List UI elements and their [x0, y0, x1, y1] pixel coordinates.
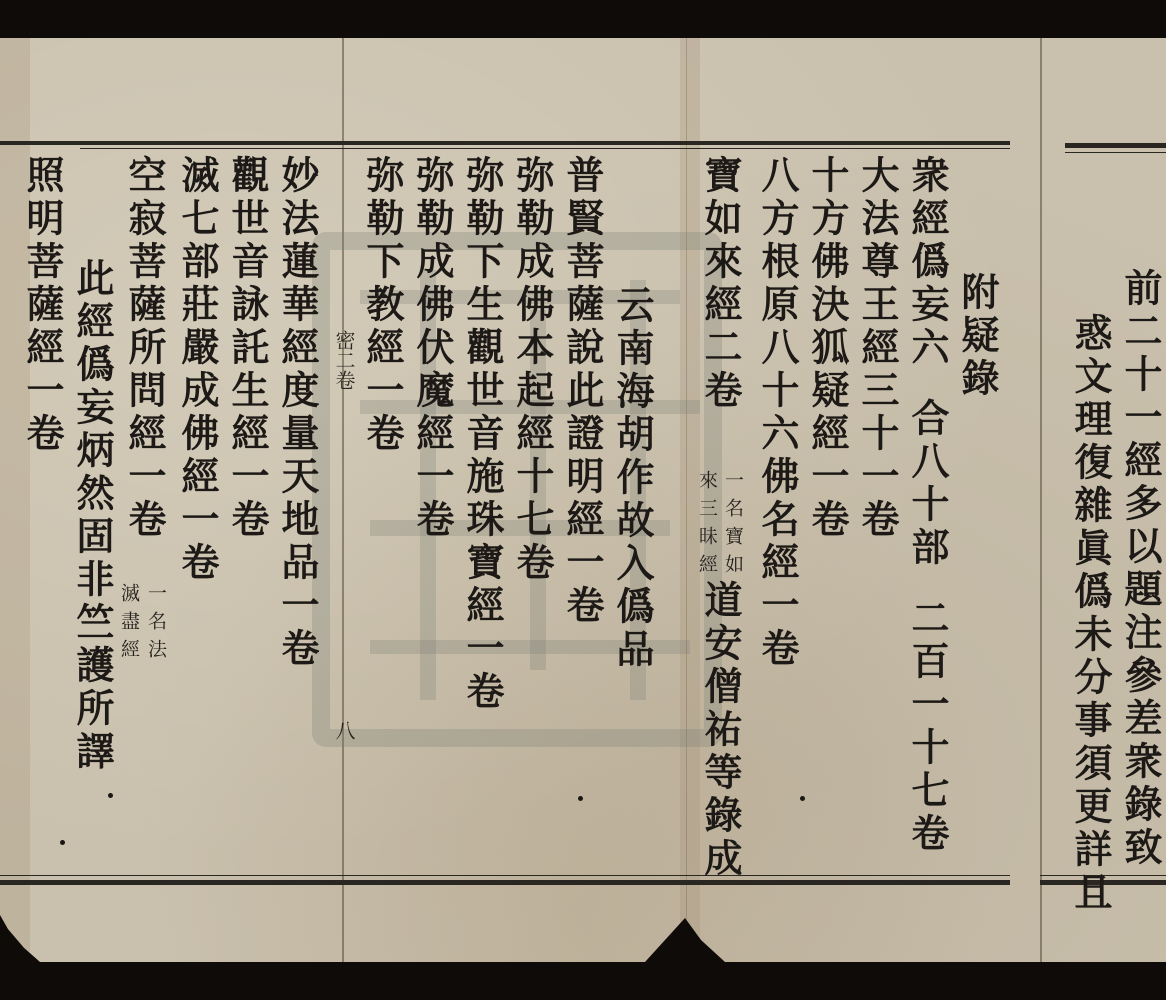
entry: 八方根原八十六佛名經一卷	[755, 155, 799, 671]
right-page-column-2: 惑文理復雜眞僞未分事須更詳且	[1068, 313, 1112, 915]
punctuation-dot	[800, 796, 805, 801]
summary-heading: 衆經僞妄六	[905, 155, 950, 370]
page-fold-line	[1040, 38, 1042, 962]
entry: 觀世音詠託生經一卷	[225, 155, 269, 542]
entry: 妙法蓮華經度量天地品一卷	[275, 155, 319, 671]
entry: 弥勒成佛本起經十七卷	[510, 155, 554, 585]
interlinear-note-right: 一名寶如	[722, 470, 744, 582]
entry: 滅七部莊嚴成佛經一卷	[175, 155, 219, 585]
entry: 弥勒下生觀世音施珠寶經一卷	[460, 155, 504, 714]
entry: 十方佛決狐疑經一卷	[805, 155, 849, 542]
entry: 弥勒下教經一卷	[360, 155, 404, 456]
entry: 寶如來經二卷	[698, 155, 742, 413]
top-border-thick	[0, 141, 1010, 145]
fascicle-marker: 密二卷	[330, 330, 359, 390]
punctuation-dot	[578, 796, 583, 801]
bottom-border-thin	[0, 875, 1010, 876]
punctuation-dot	[108, 793, 113, 798]
top-border-right-page	[1065, 143, 1166, 148]
summary-parts: 合八十部	[905, 398, 950, 570]
section-title: 附疑錄	[955, 272, 999, 401]
punctuation-dot	[60, 840, 65, 845]
top-border-right-page-thin	[1065, 152, 1166, 153]
interlinear-note-left: 滅盡經	[118, 583, 140, 667]
interlinear-note-right: 一名法	[145, 583, 167, 667]
entry-tail: 道安僧祐等錄成	[698, 580, 742, 881]
summary-fascicles: 二百一十七卷	[905, 598, 950, 856]
page-number: 八	[330, 720, 359, 740]
entry: 弥勒成佛伏魔經一卷	[410, 155, 454, 542]
right-page-column-1: 前二十一經多以題注參差衆錄致	[1118, 268, 1162, 870]
top-border-thin	[80, 148, 1010, 149]
interlinear-note-left: 來三昧經	[696, 470, 718, 582]
entry: 空寂菩薩所問經一卷	[122, 155, 166, 542]
entry: 大法尊王經三十一卷	[855, 155, 899, 542]
bottom-border-thick	[0, 880, 1010, 885]
entry-indented: 云南海胡作故入僞品	[610, 285, 654, 672]
entry: 照明菩薩經一卷	[20, 155, 64, 456]
summary-line: 衆經僞妄六合八十部二百一十七卷	[905, 155, 949, 856]
entry: 普賢菩薩說此證明經一卷	[560, 155, 604, 628]
entry-indented: 此經僞妄炳然固非竺護所譯	[70, 258, 114, 774]
